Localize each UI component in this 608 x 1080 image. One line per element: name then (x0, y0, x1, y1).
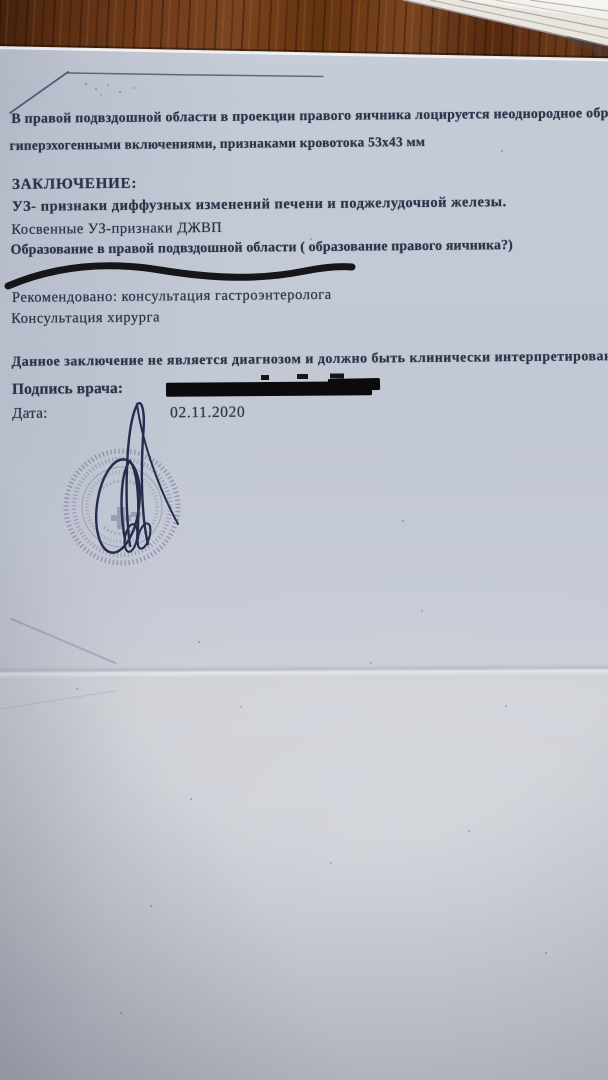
pen-corner-mark (10, 72, 323, 113)
pen-wavy-underline (8, 266, 352, 286)
pen-smudge (85, 83, 135, 96)
ink-overlay (0, 0, 608, 1080)
redaction-bar (166, 374, 380, 397)
photo-of-medical-report: В правой подвздошной области в проекции … (0, 0, 608, 1080)
